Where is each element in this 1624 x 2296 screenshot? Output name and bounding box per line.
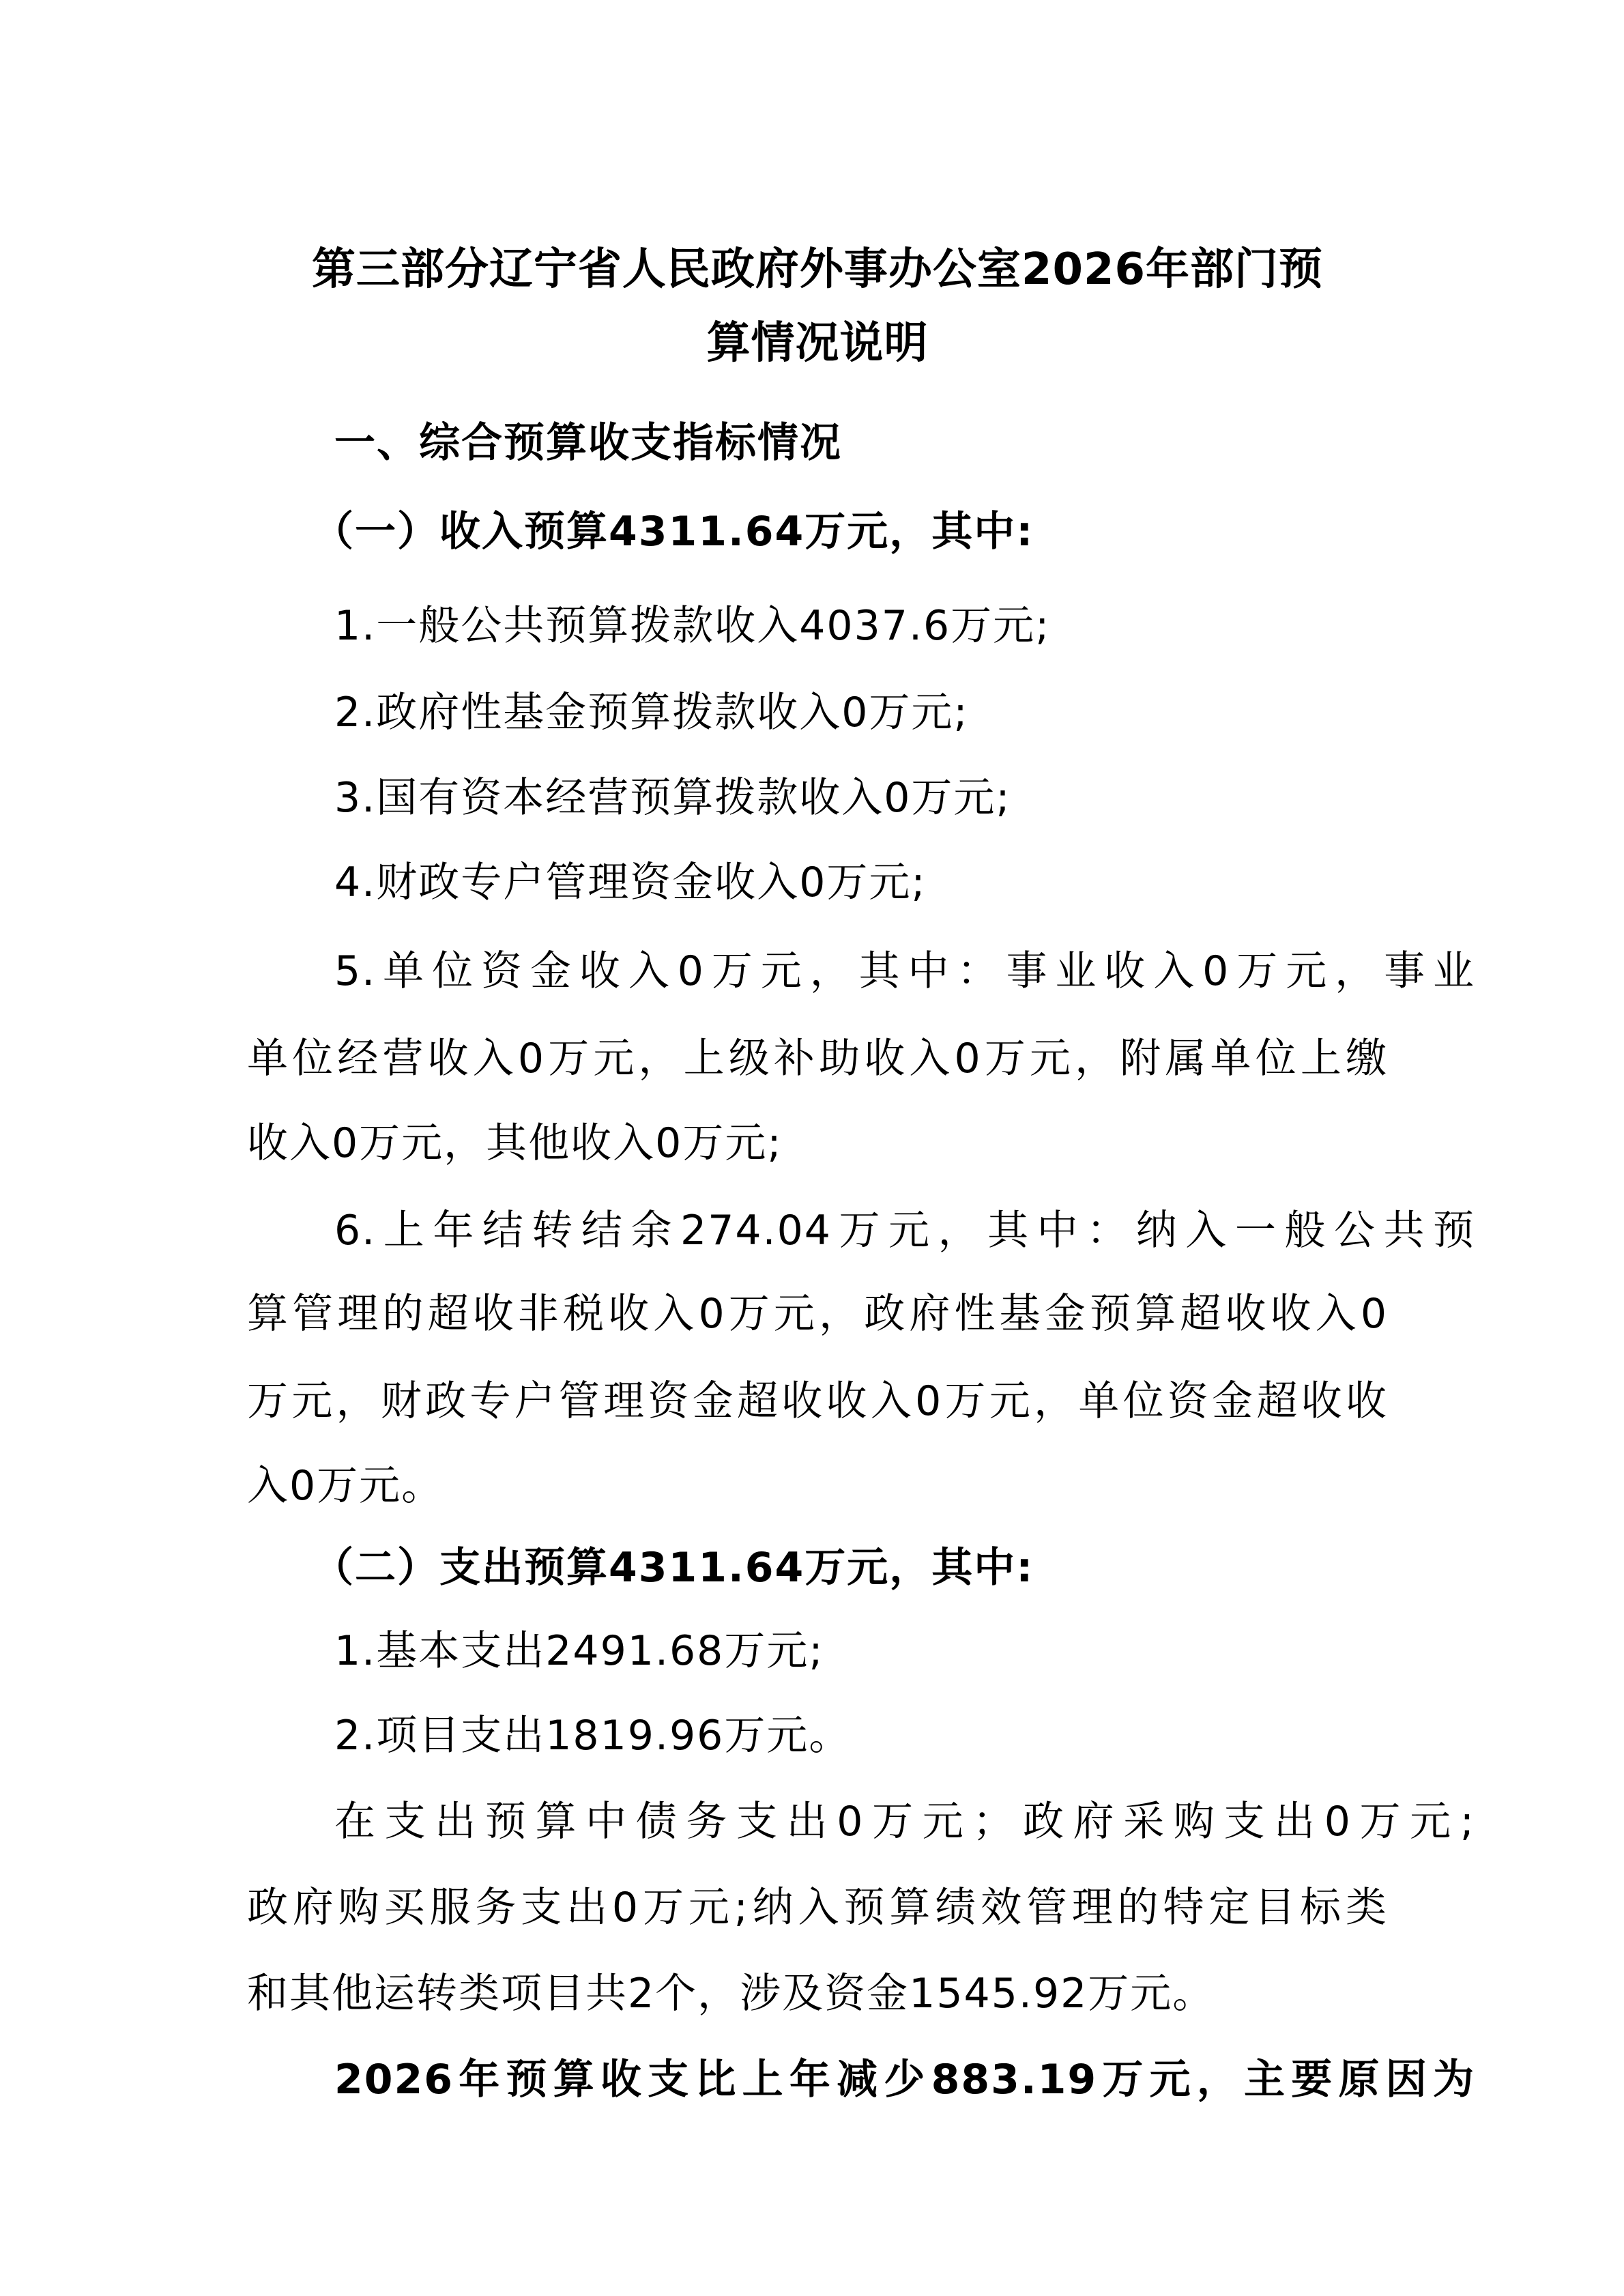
income-item-4: 4.财政专户管理资金收入0万元; — [247, 859, 1475, 906]
income-item-3: 3.国有资本经营预算拨款收入0万元; — [247, 774, 1475, 822]
income-heading: （一）收入预算4311.64万元，其中: — [247, 508, 1453, 556]
income-item-5-line-2: 单位经营收入0万元，上级补助收入0万元，附属单位上缴 — [247, 1035, 1388, 1082]
income-item-1: 1.一般公共预算拨款收入4037.6万元; — [247, 602, 1475, 650]
budget-change-summary: 2026年预算收支比上年减少883.19万元，主要原因为 — [247, 2056, 1475, 2104]
income-item-5-line-1: 5.单位资金收入0万元，其中：事业收入0万元，事业 — [247, 947, 1475, 995]
expenditure-note-line-2: 政府购买服务支出0万元;纳入预算绩效管理的特定目标类 — [247, 1884, 1388, 1932]
income-item-6-line-3: 万元，财政专户管理资金超收收入0万元，单位资金超收收 — [247, 1377, 1388, 1425]
income-item-6-line-2: 算管理的超收非税收入0万元，政府性基金预算超收收入0 — [247, 1290, 1388, 1338]
expenditure-item-2: 2.项目支出1819.96万元。 — [247, 1712, 1475, 1760]
expenditure-heading: （二）支出预算4311.64万元，其中: — [247, 1544, 1453, 1592]
income-item-5-line-3: 收入0万元，其他收入0万元; — [247, 1119, 1388, 1167]
document-title-line-1: 第三部分辽宁省人民政府外事办公室2026年部门预 — [247, 244, 1388, 295]
expenditure-item-1: 1.基本支出2491.68万元; — [247, 1627, 1475, 1675]
income-item-6-line-4: 入0万元。 — [247, 1462, 1388, 1510]
expenditure-note-line-3: 和其他运转类项目共2个，涉及资金1545.92万元。 — [247, 1970, 1388, 2018]
section-heading: 一、综合预算收支指标情况 — [247, 419, 1475, 467]
income-item-2: 2.政府性基金预算拨款收入0万元; — [247, 689, 1475, 736]
document-title-line-2: 算情况说明 — [247, 318, 1388, 369]
income-item-6-line-1: 6.上年结转结余274.04万元，其中：纳入一般公共预 — [247, 1207, 1475, 1254]
expenditure-note-line-1: 在支出预算中债务支出0万元；政府采购支出0万元; — [247, 1798, 1475, 1846]
